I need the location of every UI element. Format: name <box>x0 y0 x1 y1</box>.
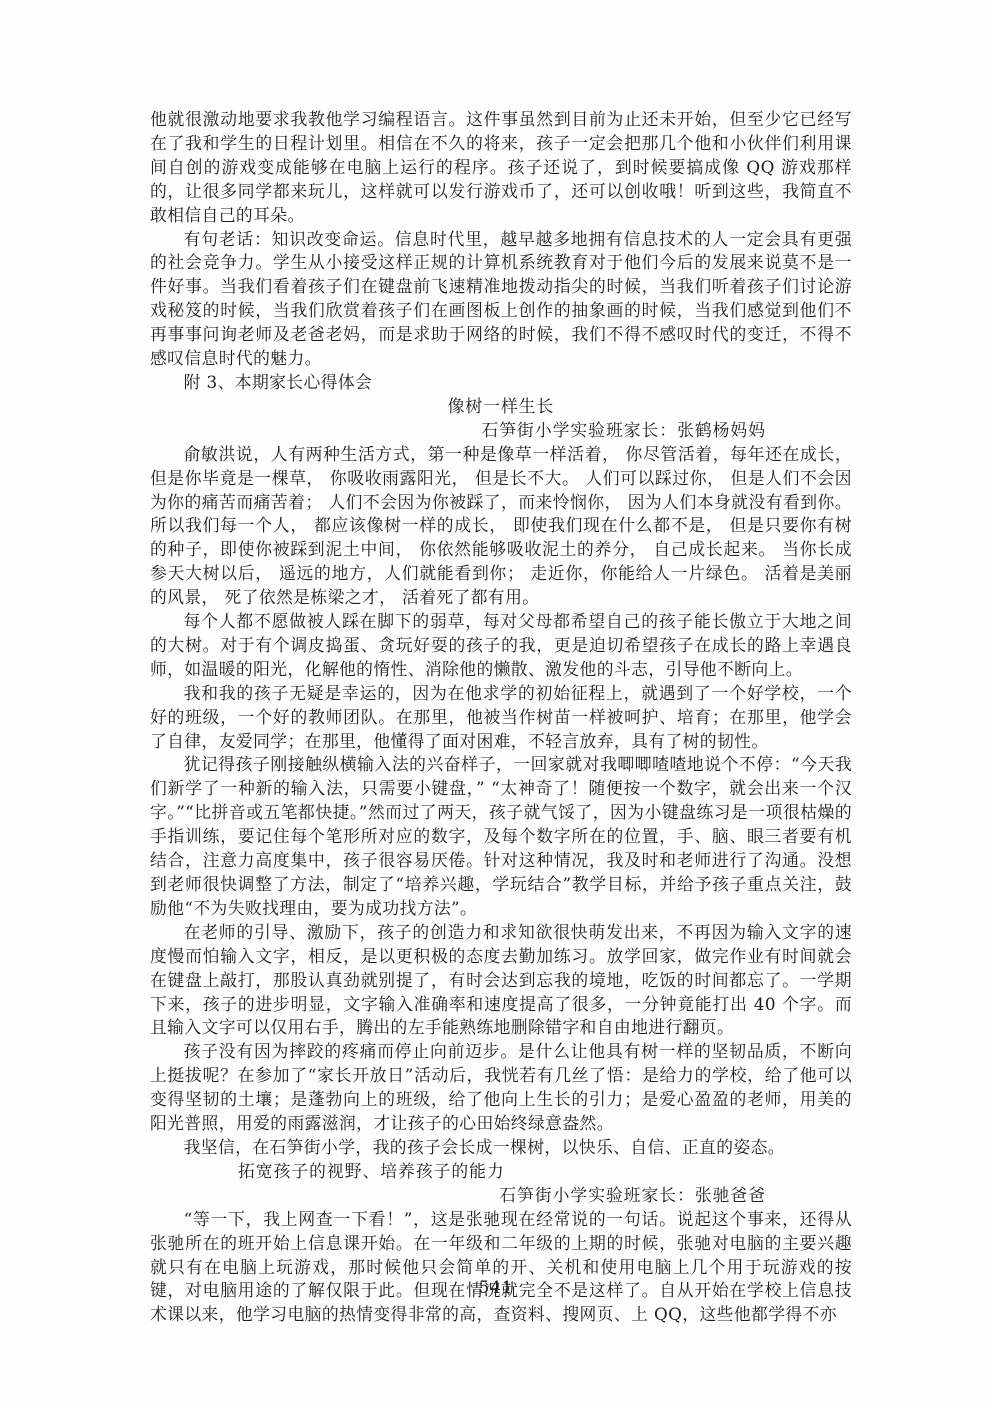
page-number: 541 <box>0 1278 992 1297</box>
paragraph: 孩子没有因为摔跤的疼痛而停止向前迈步。是什么让他具有树一样的坚韧品质，不断向上挺… <box>150 1040 852 1136</box>
paragraph: 我坚信，在石笋街小学，我的孩子会长成一棵树，以快乐、自信、正直的姿态。 <box>150 1136 852 1160</box>
essay-title: 像树一样生长 <box>150 395 852 419</box>
paragraph: 我和我的孩子无疑是幸运的，因为在他求学的初始征程上，就遇到了一个好学校，一个好的… <box>150 682 852 754</box>
document-text-block: 他就很激动地要求我教他学习编程语言。这件事虽然到目前为止还未开始，但至少它已经写… <box>150 108 852 1327</box>
document-page: 他就很激动地要求我教他学习编程语言。这件事虽然到目前为止还未开始，但至少它已经写… <box>0 0 992 1403</box>
paragraph-continuation: 他就很激动地要求我教他学习编程语言。这件事虽然到目前为止还未开始，但至少它已经写… <box>150 108 852 228</box>
essay-subtitle: 拓宽孩子的视野、培养孩子的能力 <box>150 1160 852 1184</box>
paragraph: 每个人都不愿做被人踩在脚下的弱草，每对父母都希望自己的孩子能长傲立于大地之间的大… <box>150 610 852 682</box>
essay-author: 石笋街小学实验班家长：张驰爸爸 <box>150 1184 852 1208</box>
paragraph: 犹记得孩子刚接触纵横输入法的兴奋样子，一回家就对我唧唧喳喳地说个不停：“今天我们… <box>150 753 852 920</box>
paragraph: 有句老话：知识改变命运。信息时代里，越早越多地拥有信息技术的人一定会具有更强的社… <box>150 228 852 371</box>
paragraph: “等一下，我上网查一下看！”，这是张驰现在经常说的一句话。说起这个事来，还得从张… <box>150 1208 852 1328</box>
essay-author: 石笋街小学实验班家长：张鹤杨妈妈 <box>150 419 852 443</box>
section-heading: 附 3、本期家长心得体会 <box>150 371 852 395</box>
paragraph: 在老师的引导、激励下，孩子的创造力和求知欲很快萌发出来，不再因为输入文字的速度慢… <box>150 921 852 1041</box>
paragraph: 俞敏洪说，人有两种生活方式，第一种是像草一样活着， 你尽管活着，每年还在成长，但… <box>150 443 852 610</box>
